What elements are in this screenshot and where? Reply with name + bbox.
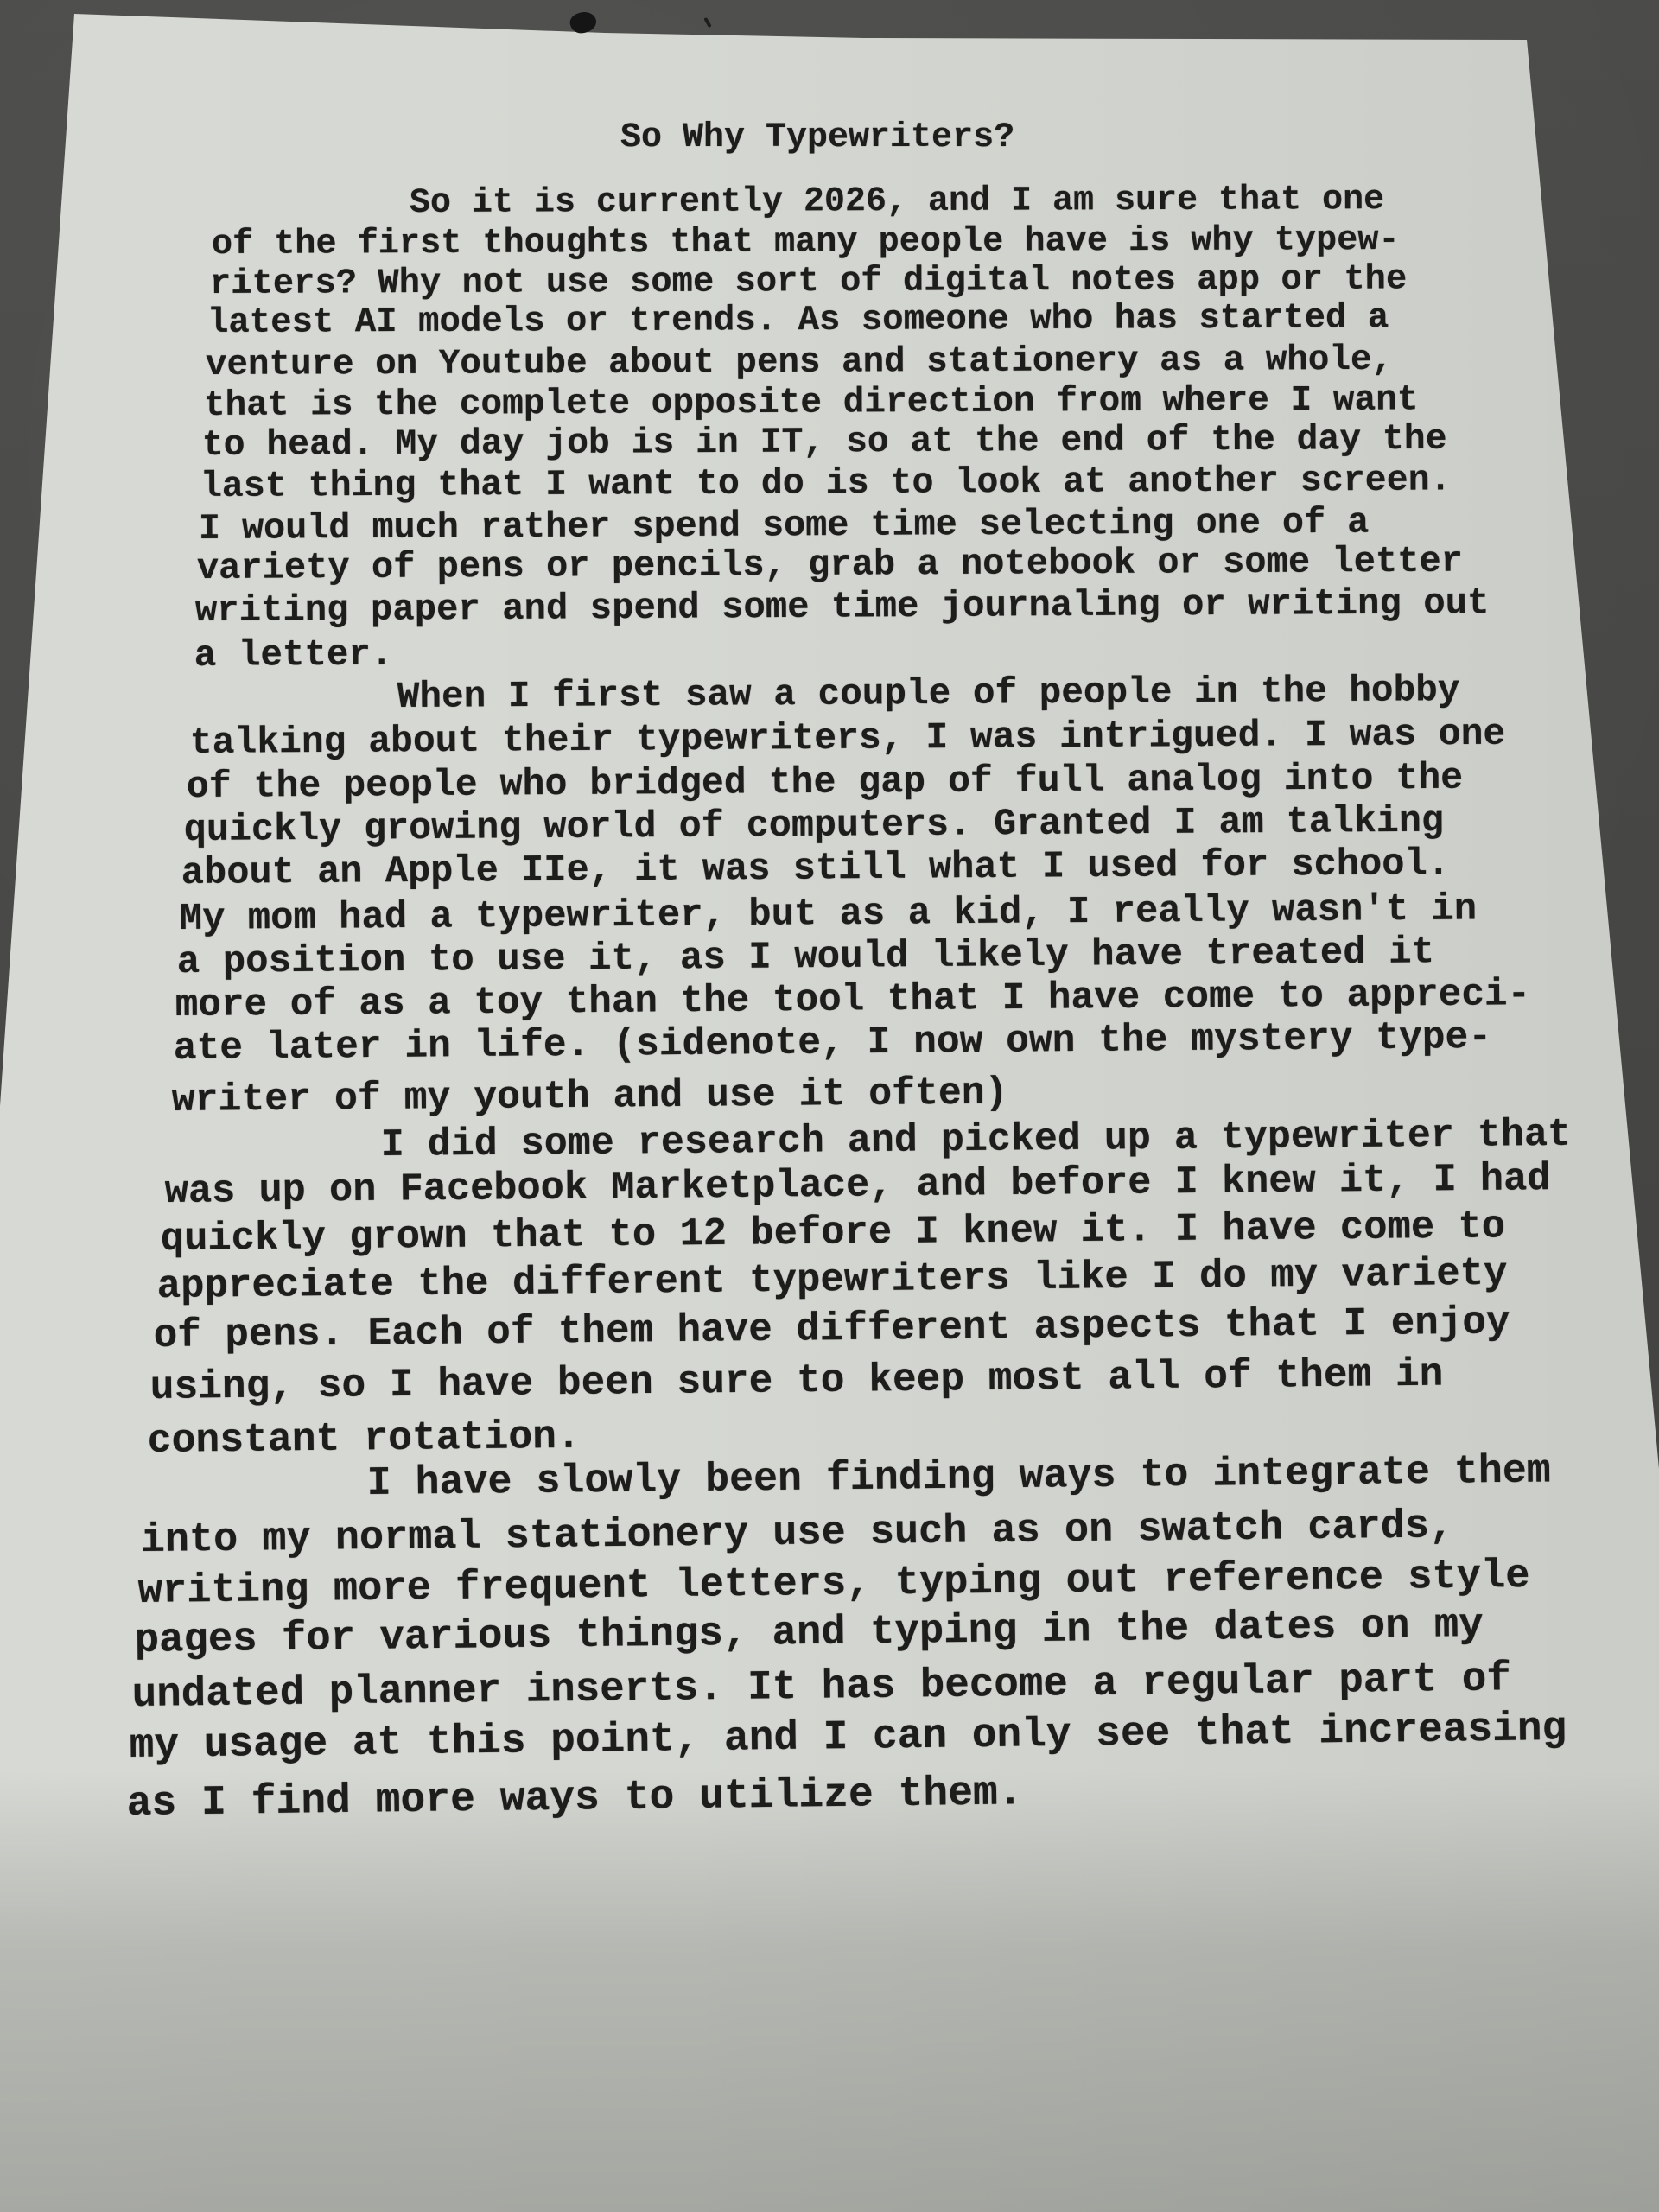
text-line: that is the complete opposite direction …: [204, 383, 1419, 424]
text-line: quickly growing world of computers. Gran…: [184, 804, 1444, 850]
text-line: riters? Why not use some sort of digital…: [210, 262, 1407, 302]
text-line: writer of my youth and use it often): [172, 1075, 1008, 1121]
text-line: of the people who bridged the gap of ful…: [187, 760, 1464, 806]
text-line: last thing that I want to do is to look …: [200, 462, 1452, 505]
text-line: I would much rather spend some time sele…: [199, 505, 1370, 547]
ink-speck-mark: [703, 17, 711, 28]
text-line: of the first thoughts that many people h…: [212, 224, 1400, 263]
paragraph-first-line: When I first saw a couple of people in t…: [397, 672, 1460, 716]
text-line: to head. My day job is in IT, so at the …: [202, 423, 1447, 465]
text-line: constant rotation.: [148, 1417, 582, 1462]
page-title: So Why Typewriters?: [620, 121, 1014, 156]
text-line: about an Apple IIe, it was still what I …: [181, 846, 1450, 893]
text-line: as I find more ways to utilize them.: [126, 1772, 1022, 1825]
text-line: a letter.: [194, 637, 393, 675]
text-line: variety of pens or pencils, grab a noteb…: [197, 543, 1463, 588]
text-line: a position to use it, as I would likely …: [177, 933, 1435, 982]
text-line: talking about their typewriters, I was i…: [190, 715, 1506, 760]
text-line: writing paper and spend some time journa…: [195, 585, 1490, 629]
photo-scene: So Why Typewriters? So it is currently 2…: [0, 0, 1659, 2212]
text-line: venture on Youtube about pens and statio…: [206, 343, 1393, 384]
paragraph-first-line: So it is currently 2026, and I am sure t…: [410, 183, 1384, 221]
text-line: latest AI models or trends. As someone w…: [207, 302, 1389, 341]
